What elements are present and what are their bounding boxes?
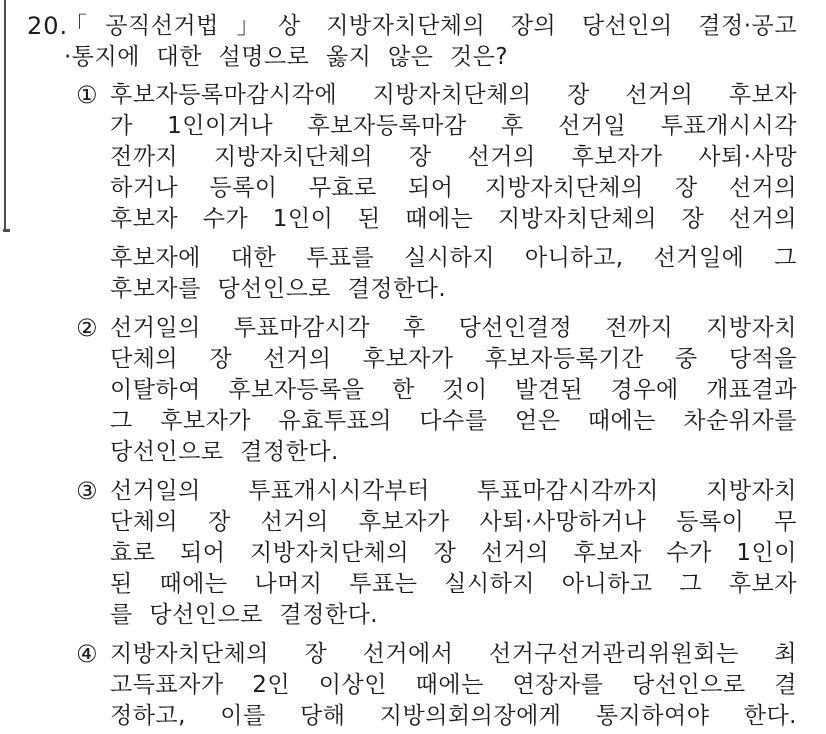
choice-text-line: 가 1인이거나 후보자등록마감 후 선거일 투표개시시각 (110, 111, 797, 142)
choice-3-marker: ③ (76, 476, 98, 507)
choice-text-line: 고득표자가 2인 이상인 때에는 연장자를 당선인으로 결 (110, 670, 797, 701)
question-number: 20. (27, 11, 68, 42)
choice-1-marker: ① (76, 80, 98, 111)
choice-text-line: 단체의 장 선거의 후보자가 후보자등록기간 중 당적을 (110, 344, 797, 375)
choice-text-line: 전까지 지방자치단체의 장 선거의 후보자가 사퇴·사망 (110, 142, 797, 173)
choice-text-line: 단체의 장 선거의 후보자가 사퇴·사망하거나 등록이 무 (110, 507, 797, 538)
choice-text-line: 된 때에는 나머지 투표는 실시하지 아니하고 그 후보자 (110, 569, 797, 600)
question-block: 20. 「공직선거법」상 지방자치단체의 장의 당선인의 결정·공고 ·통지에 … (0, 11, 797, 734)
choice-text-line: 정하고, 이를 당해 지방의회의장에게 통지하여야 한다. (110, 701, 797, 732)
choice-text-line: 당선인으로 결정한다. (110, 437, 797, 468)
question-stem: 20. 「공직선거법」상 지방자치단체의 장의 당선인의 결정·공고 ·통지에 … (0, 11, 797, 73)
choice-item-4: ④ 지방자치단체의 장 선거에서 선거구선거관리위원회는 최 고득표자가 2인 … (0, 639, 797, 732)
choice-text-line: 후보자등록마감시각에 지방자치단체의 장 선거의 후보자 (110, 80, 797, 111)
choice-item-3: ③ 선거일의 투표개시시각부터 투표마감시각까지 지방자치 단체의 장 선거의 … (0, 476, 797, 631)
choice-text-line: 선거일의 투표마감시각 후 당선인결정 전까지 지방자치 (110, 313, 797, 344)
choice-text-line: 지방자치단체의 장 선거에서 선거구선거관리위원회는 최 (110, 639, 797, 670)
choice-text-line: 효로 되어 지방자치단체의 장 선거의 후보자 수가 1인이 (110, 538, 797, 569)
choice-4-marker: ④ (76, 639, 98, 670)
choice-text-line: 선거일의 투표개시시각부터 투표마감시각까지 지방자치 (110, 476, 797, 507)
choice-2-marker: ② (76, 313, 98, 344)
choice-text-line: 를 당선인으로 결정한다. (110, 600, 797, 631)
choice-text-line: 하거나 등록이 무효로 되어 지방자치단체의 장 선거의 (110, 173, 797, 204)
choice-text-line: 후보자를 당선인으로 결정한다. (110, 274, 797, 305)
choice-item-1: ① 후보자등록마감시각에 지방자치단체의 장 선거의 후보자 가 1인이거나 후… (0, 80, 797, 305)
choice-text-line: 후보자 수가 1인이 된 때에는 지방자치단체의 장 선거의 (110, 204, 797, 235)
question-text-line: ·통지에 대한 설명으로 옳지 않은 것은? (64, 42, 797, 73)
choice-text-line: 이탈하여 후보자등록을 한 것이 발견된 경우에 개표결과 (110, 375, 797, 406)
choice-text-line: 후보자에 대한 투표를 실시하지 아니하고, 선거일에 그 (110, 243, 797, 274)
question-text-line: 「공직선거법」상 지방자치단체의 장의 당선인의 결정·공고 (64, 11, 797, 42)
choice-text-line: 그 후보자가 유효투표의 다수를 얻은 때에는 차순위자를 (110, 406, 797, 437)
exam-question-page: { "page": { "background": "#ffffff", "te… (0, 0, 826, 734)
choice-item-2: ② 선거일의 투표마감시각 후 당선인결정 전까지 지방자치 단체의 장 선거의… (0, 313, 797, 468)
